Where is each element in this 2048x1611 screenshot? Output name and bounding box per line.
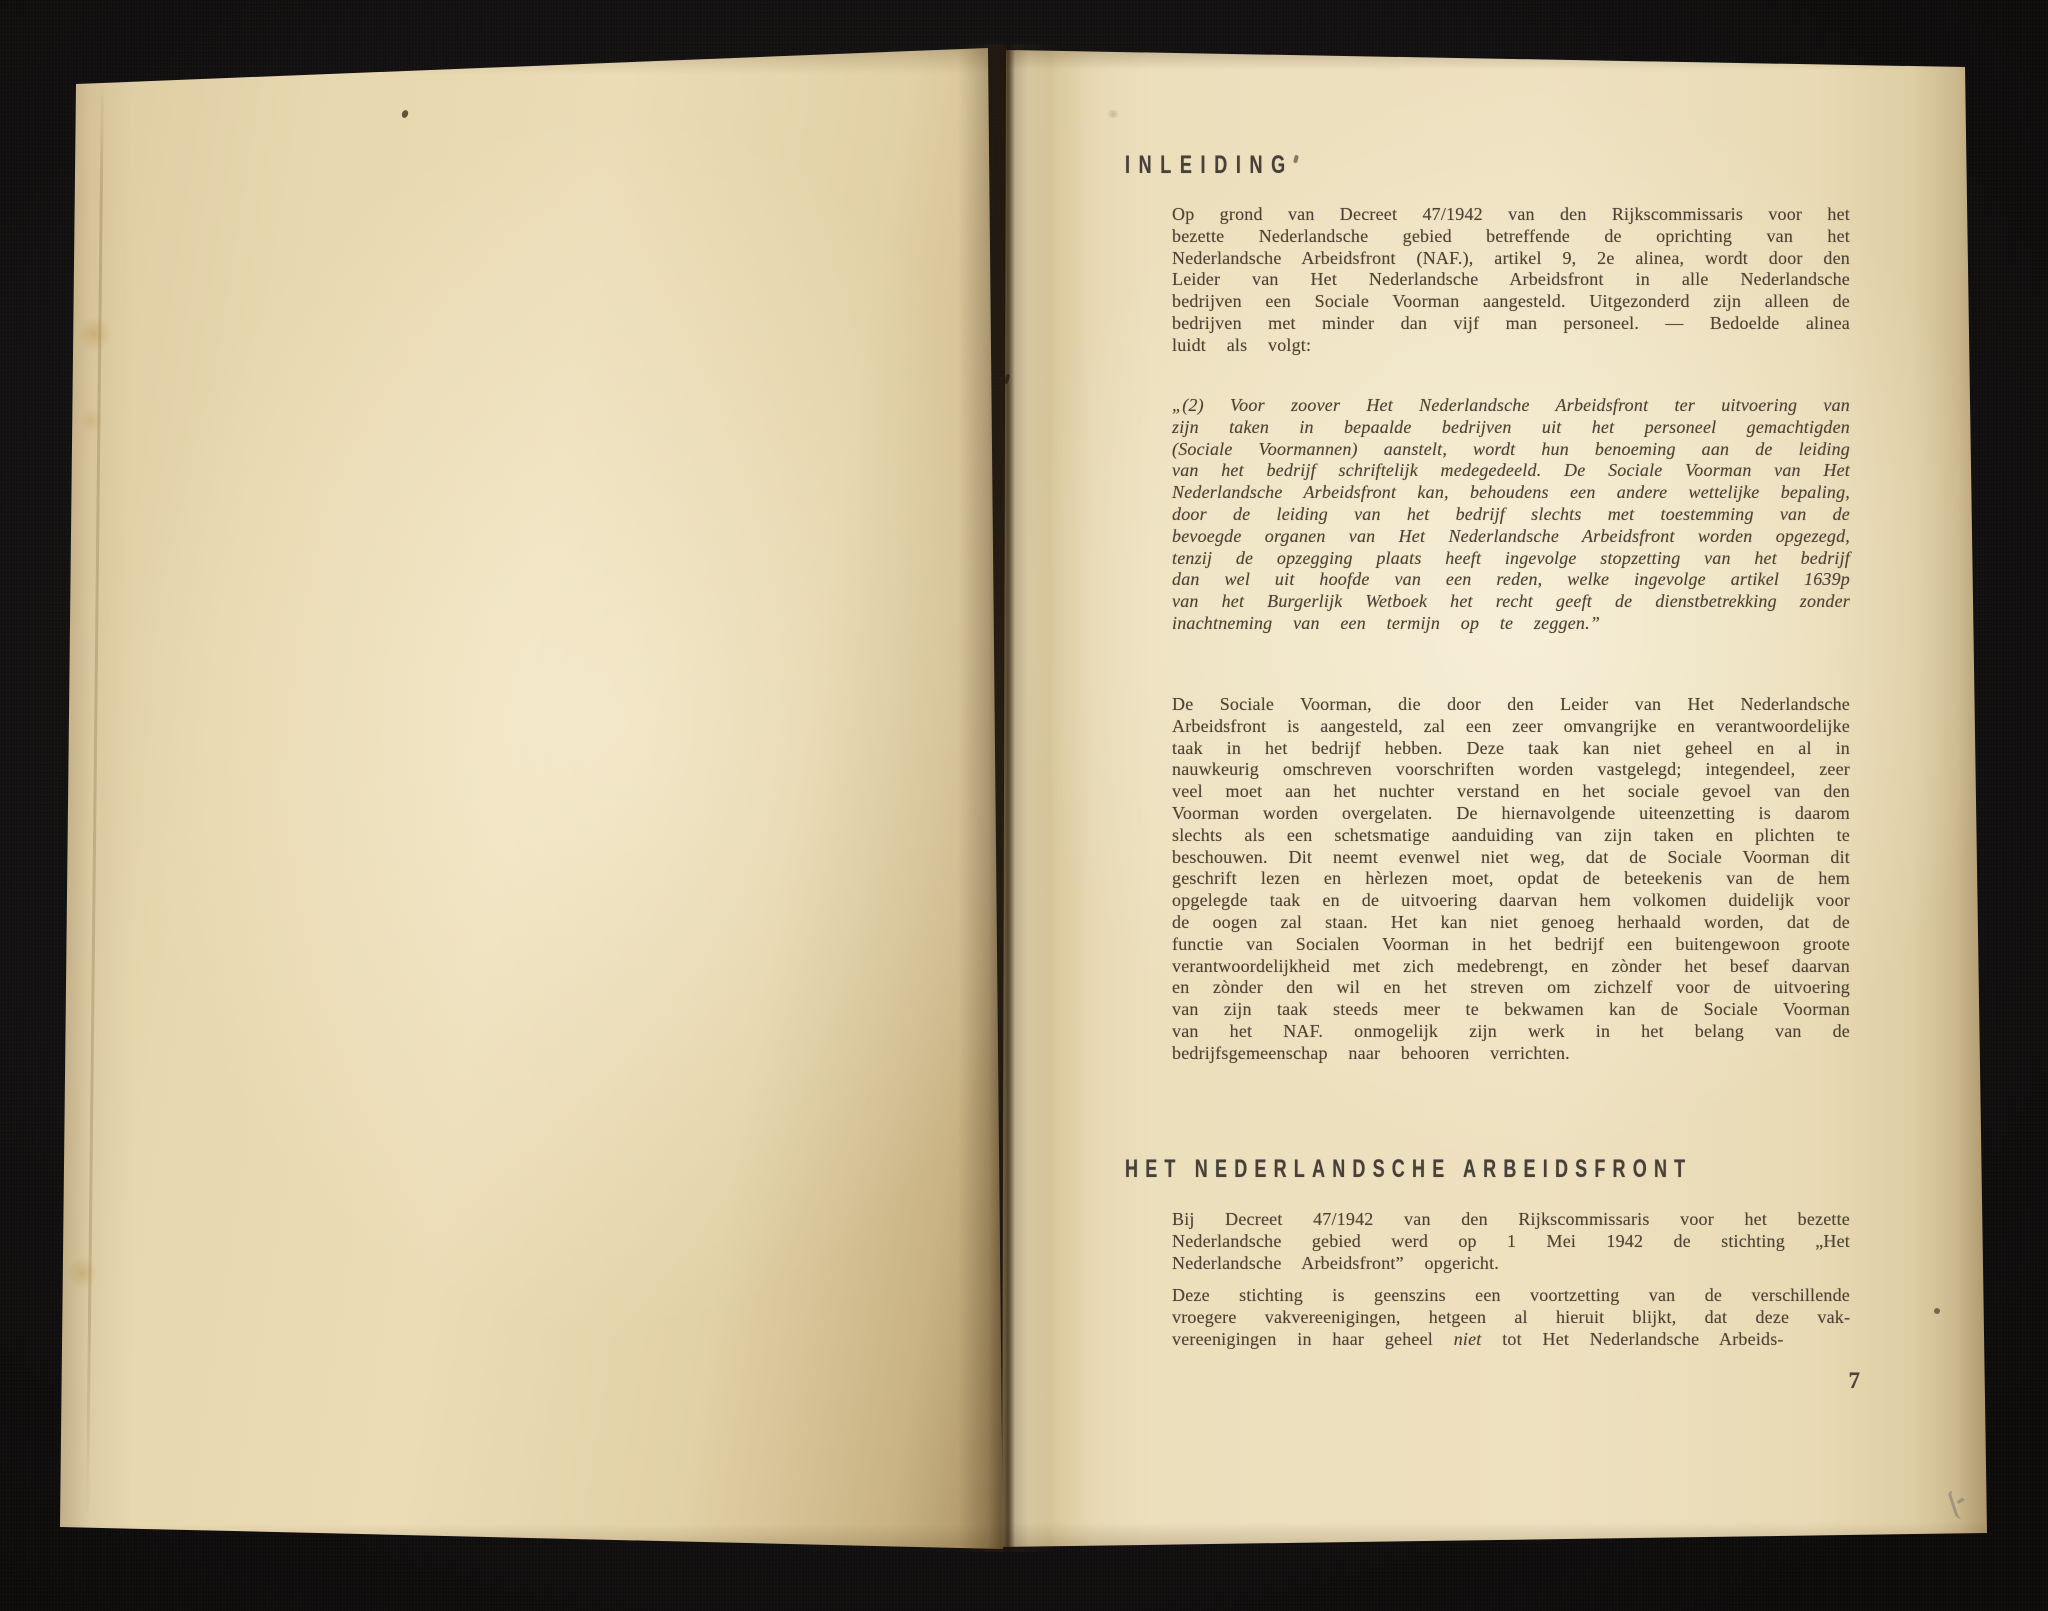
paragraph-intro: Op grond van Decreet 47/1942 van den Rij… [1172, 204, 1850, 357]
paragraph-stichting-part2: tot Het Nederlandsche Arbeids- [1482, 1329, 1784, 1349]
section-heading-inleiding: INLEIDING [1125, 151, 1294, 180]
page-number: 7 [1760, 1368, 1860, 1394]
paragraph-decreet: Bij Decreet 47/1942 van den Rijkscommiss… [1172, 1209, 1850, 1274]
right-page-content: INLEIDING Op grond van Decreet 47/1942 v… [0, 0, 2048, 1611]
paragraph-stichting: Deze stichting is geenszins een voortzet… [1172, 1285, 1850, 1350]
block-quote-alinea: „(2) Voor zoover Het Nederlandsche Arbei… [1172, 395, 1850, 635]
paragraph-voorman: De Sociale Voorman, die door den Leider … [1172, 694, 1850, 1065]
section-heading-arbeidsfront: HET NEDERLANDSCHE ARBEIDSFRONT [1125, 1155, 1692, 1184]
paragraph-stichting-emphasis: niet [1454, 1329, 1482, 1349]
